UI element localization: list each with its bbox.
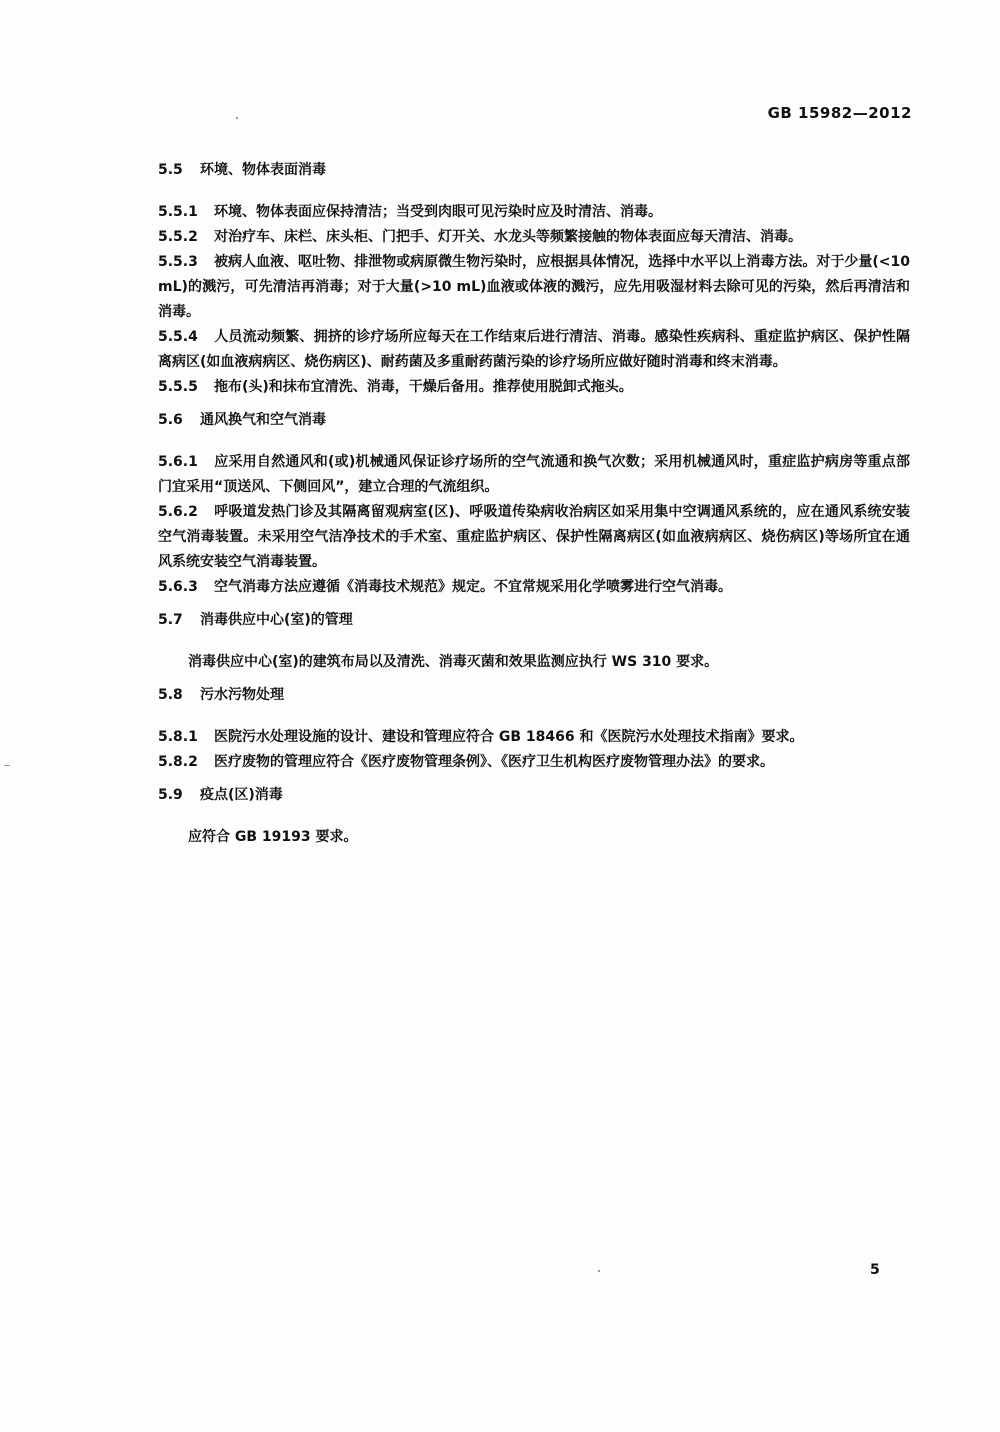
scan-speck — [236, 117, 238, 119]
clause-5-5-5: 5.5.5拖布(头)和抹布宜清洗、消毒，干燥后备用。推荐使用脱卸式拖头。 — [158, 375, 910, 400]
clause-5-5-1: 5.5.1环境、物体表面应保持清洁；当受到肉眼可见污染时应及时清洁、消毒。 — [158, 200, 910, 225]
section-5-7-body: 消毒供应中心(室)的建筑布局以及清洗、消毒灭菌和效果监测应执行 WS 310 要… — [158, 650, 910, 675]
standard-code-header: GB 15982—2012 — [768, 104, 912, 122]
section-heading-5-5: 5.5环境、物体表面消毒 — [158, 160, 910, 180]
page-number: 5 — [870, 1262, 880, 1278]
section-heading-5-8: 5.8污水污物处理 — [158, 685, 910, 705]
section-5-9-body: 应符合 GB 19193 要求。 — [158, 825, 910, 850]
section-heading-5-6: 5.6通风换气和空气消毒 — [158, 410, 910, 430]
clause-5-5-4: 5.5.4人员流动频繁、拥挤的诊疗场所应每天在工作结束后进行清洁、消毒。感染性疾… — [158, 325, 910, 375]
clause-5-8-1: 5.8.1医院污水处理设施的设计、建设和管理应符合 GB 18466 和《医院污… — [158, 725, 910, 750]
clause-5-8-2: 5.8.2医疗废物的管理应符合《医疗废物管理条例》、《医疗卫生机构医疗废物管理办… — [158, 750, 910, 775]
clause-5-6-3: 5.6.3空气消毒方法应遵循《消毒技术规范》规定。不宜常规采用化学喷雾进行空气消… — [158, 575, 910, 600]
document-body: 5.5环境、物体表面消毒 5.5.1环境、物体表面应保持清洁；当受到肉眼可见污染… — [158, 160, 910, 850]
scan-speck — [4, 765, 10, 766]
section-heading-5-7: 5.7消毒供应中心(室)的管理 — [158, 610, 910, 630]
scan-speck — [598, 1270, 600, 1272]
clause-5-5-2: 5.5.2对治疗车、床栏、床头柜、门把手、灯开关、水龙头等频繁接触的物体表面应每… — [158, 225, 910, 250]
section-heading-5-9: 5.9疫点(区)消毒 — [158, 785, 910, 805]
clause-5-5-3: 5.5.3被病人血液、呕吐物、排泄物或病原微生物污染时，应根据具体情况，选择中水… — [158, 250, 910, 325]
clause-5-6-2: 5.6.2呼吸道发热门诊及其隔离留观病室(区)、呼吸道传染病收治病区如采用集中空… — [158, 500, 910, 575]
clause-5-6-1: 5.6.1应采用自然通风和(或)机械通风保证诊疗场所的空气流通和换气次数；采用机… — [158, 450, 910, 500]
